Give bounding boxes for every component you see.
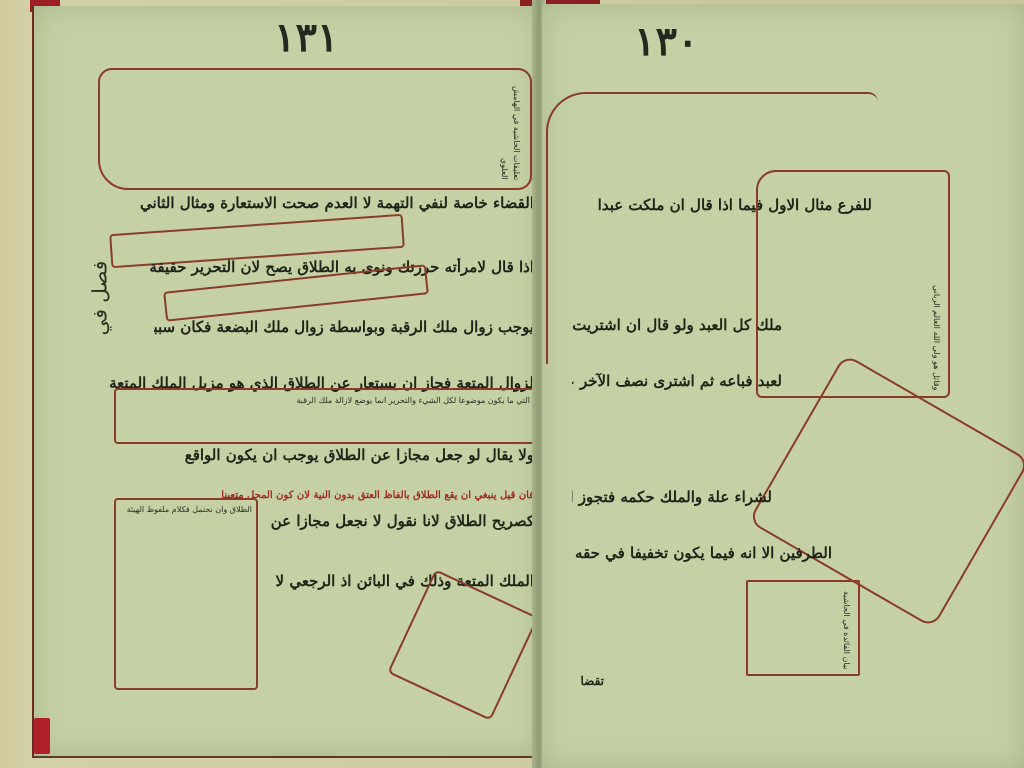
main-text-line: يوجب زوال ملك الرقبة وبواسطة زوال ملك ال… [154,318,534,336]
main-text-line: كصريح الطلاق لانا نقول لا نجعل مجازا عن … [270,512,534,530]
gloss-text: بيان الفائدة في الحاشية [752,586,852,670]
main-text-line: اذا قال لامرأته حررتك ونوى به الطلاق يصح… [104,258,534,276]
main-text-line: ولا يقال لو جعل مجازا عن الطلاق يوجب ان … [184,446,534,464]
gloss-box-middle: التي ما يكون موضوعا لكل الشيء والتحرير ا… [114,388,538,444]
main-text-line: ملك كل العبد ولو قال ان اشتريت عبدا فهو … [572,316,782,334]
gloss-text: الطلاق وان نحتمل فكلام ملفوظ الهيئة [120,504,252,684]
gloss-box-top: تعليقات الحاشية في الهامش العلوي [98,68,532,190]
main-text-line: لعبد فباعه ثم اشترى نصف الآخر عتق نصف ال… [572,372,782,390]
catchword: تقضا [564,674,604,688]
right-page: ١٣٠ للفرع مثال الاول فيما اذا قال ان ملك… [542,4,1024,768]
main-text-line: الطرفين الا انه فيما يكون تخفيفا في حقه … [572,544,832,562]
main-text-line: لشراء علة والملك حكمه فتجوز الاستعارة بي… [572,488,772,506]
main-text-line: القضاء خاصة لنفي التهمة لا العدم صحت الا… [104,194,534,212]
left-page-number: ١٣١ [274,14,338,61]
gloss-text: التي ما يكون موضوعا لكل الشيء والتحرير ا… [122,396,530,405]
gloss-box-bottom-left: الطلاق وان نحتمل فكلام ملفوظ الهيئة [114,498,258,690]
margin-note-fasl: فصل في [87,261,111,336]
left-page: ١٣١ تعليقات الحاشية في الهامش العلوي الق… [32,6,540,758]
gloss-box-bottom-right: بيان الفائدة في الحاشية [746,580,860,676]
main-text-line: الملك المتعة وذلك في البائن اذ الرجعي لا… [270,572,534,590]
gloss-text: تعليقات الحاشية في الهامش العلوي [106,76,522,180]
gloss-box-diagonal [387,569,538,720]
right-page-number: ١٣٠ [634,18,698,65]
binding-corner-bottom-left [34,718,50,754]
